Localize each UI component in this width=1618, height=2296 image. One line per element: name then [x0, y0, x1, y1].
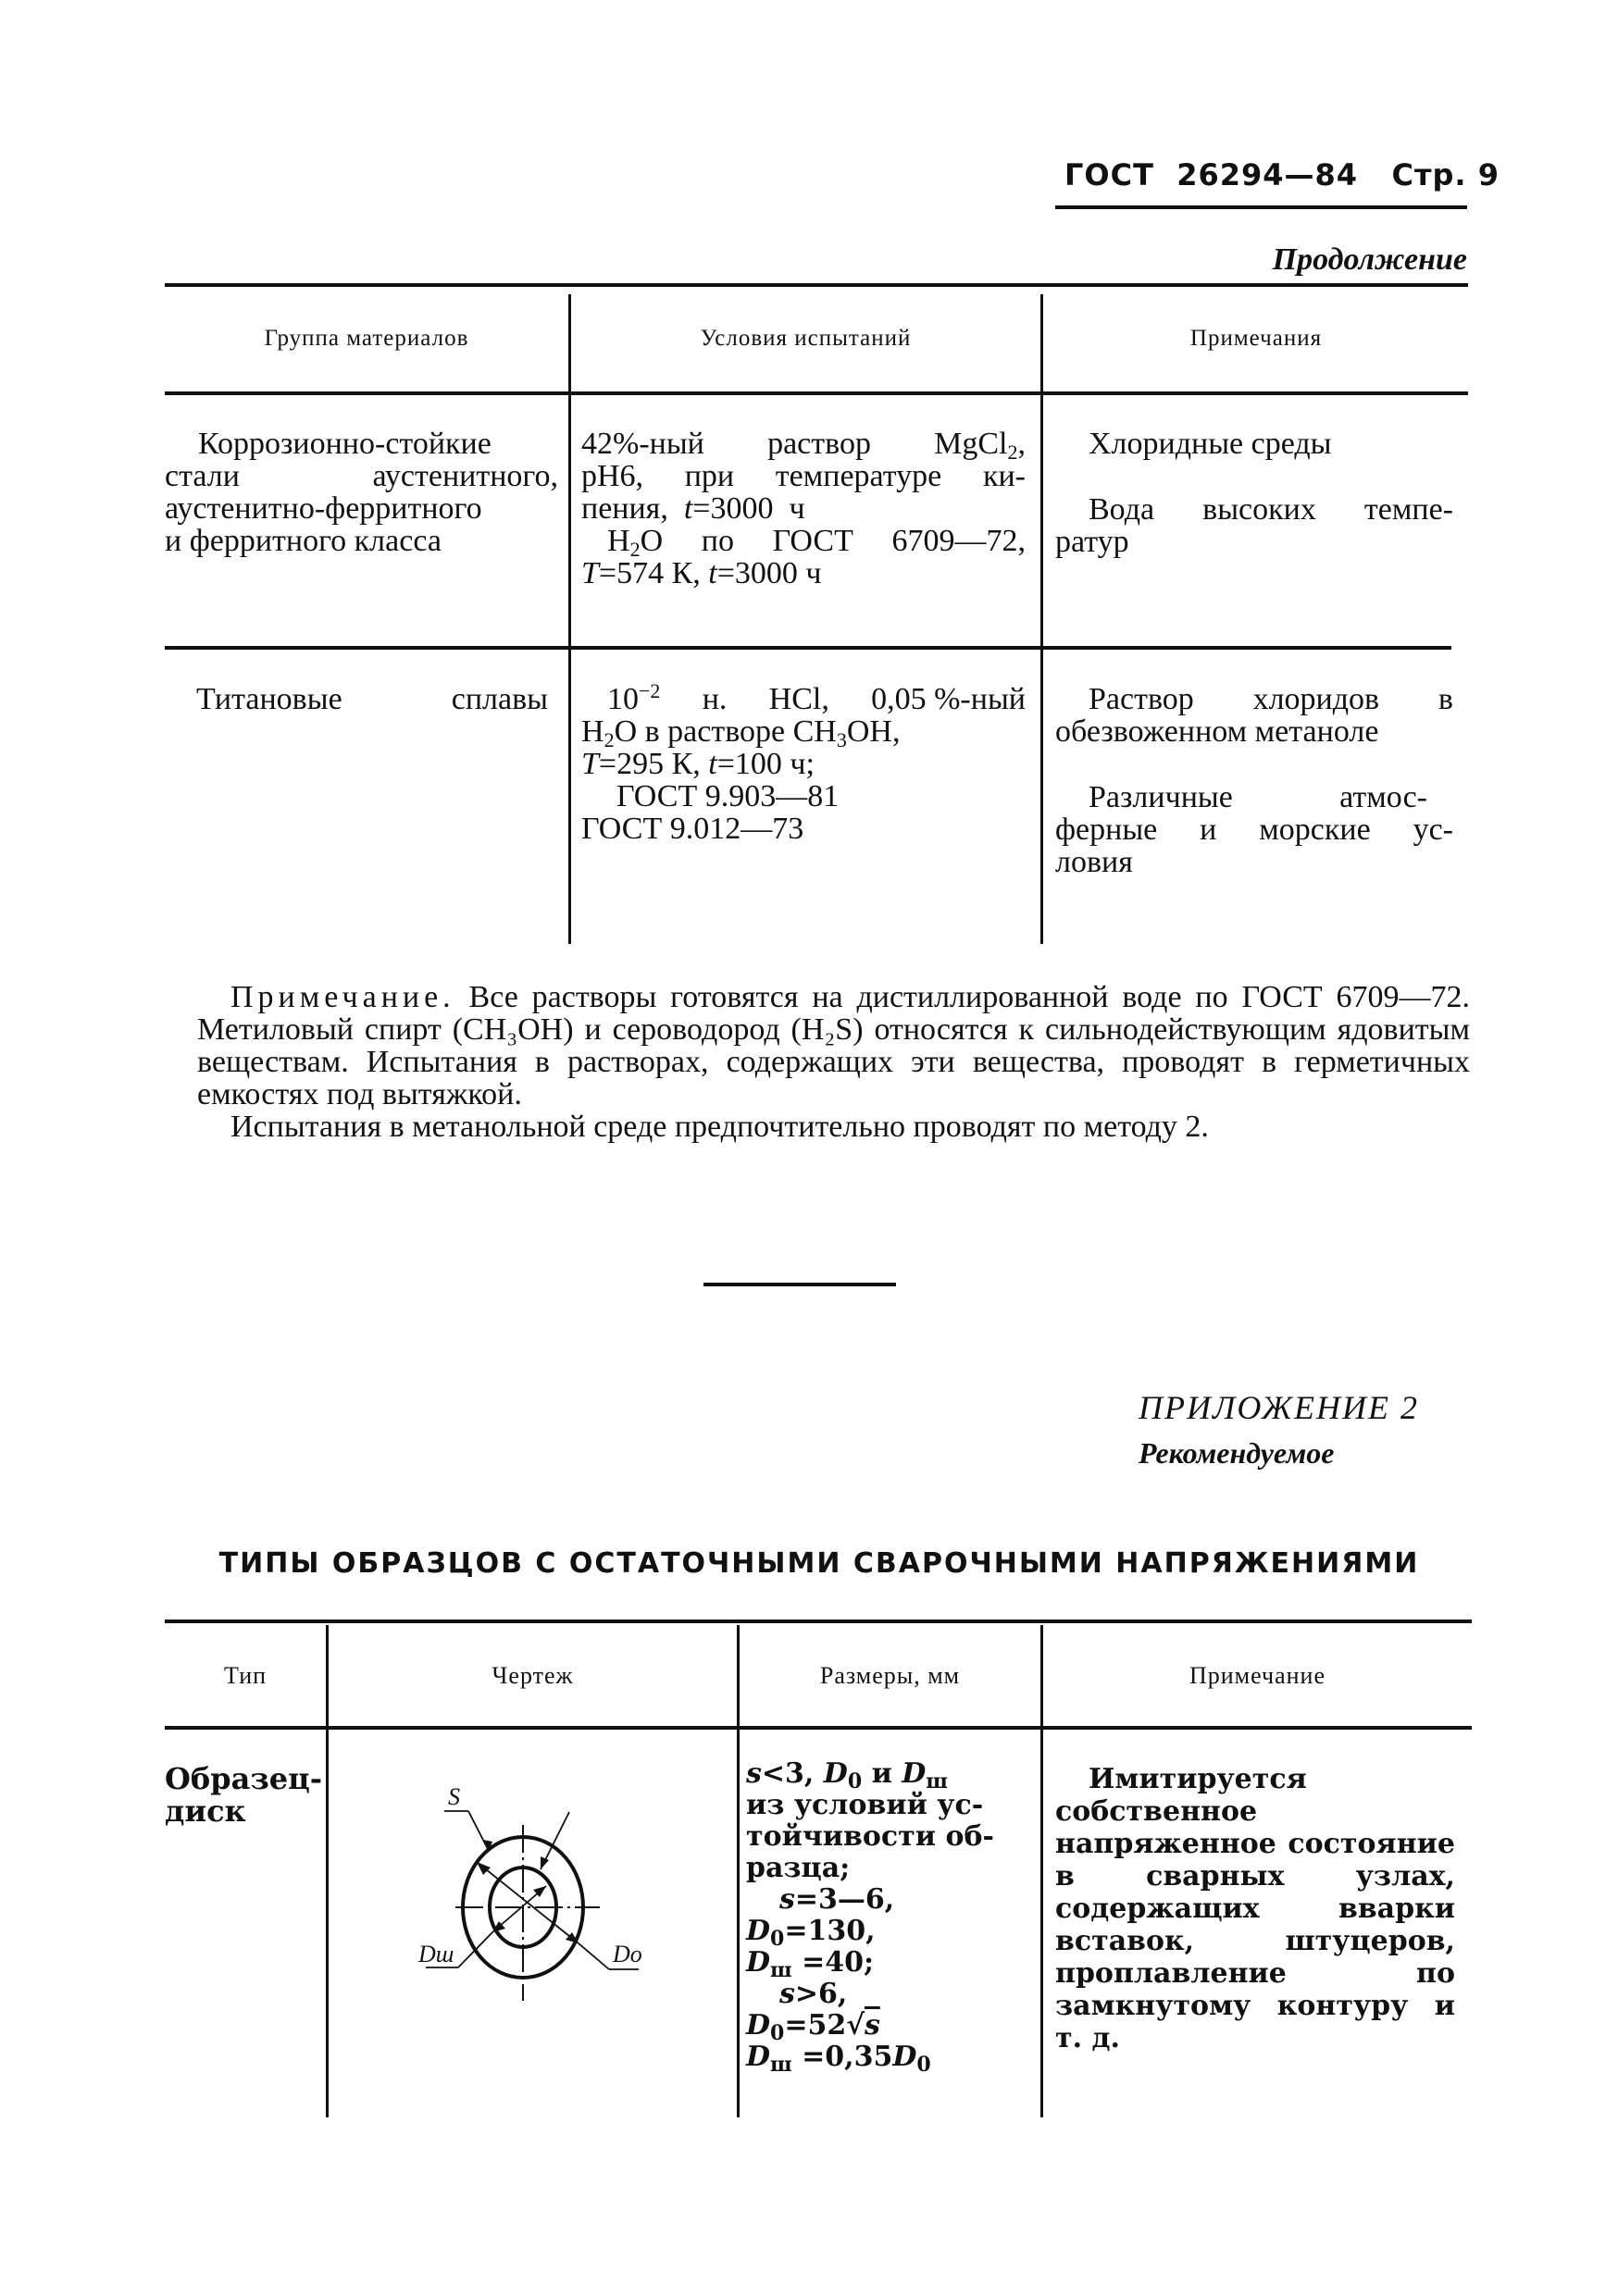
footnote-paragraph-1: Примечание. Все растворы готовятся на ди…	[197, 981, 1470, 1111]
standard-number: ГОСТ 26294—84	[1064, 157, 1358, 192]
table1-row1-notes: Хлоридные среды Водавысокихтемпе- ратур	[1055, 428, 1453, 558]
table1-footnote: Примечание. Все растворы готовятся на ди…	[197, 981, 1470, 1143]
note-chloride-solution-cont: обезвоженном метаноле	[1055, 715, 1453, 748]
table2-top-rule	[165, 1620, 1472, 1623]
table1-row2-conditions: 10−2н.HCl,0,05 %-ный H2O в растворе CH3O…	[581, 683, 1026, 845]
condition-line: ГОСТ 9.012—73	[581, 813, 1026, 845]
dim-line: из условий ус-	[746, 1790, 1033, 1821]
table2-header-type: Тип	[165, 1662, 326, 1690]
label-s: S	[448, 1783, 460, 1810]
section-separator	[703, 1283, 896, 1286]
table1-row1-conditions: 42%-ныйрастворMgCl2, pH6,притемпературек…	[581, 428, 1026, 590]
table2-col-divider-1	[326, 1625, 329, 2117]
disk-specimen-drawing: S Dш Do	[370, 1777, 713, 2082]
dim-line: Dш =40;	[746, 1947, 1033, 1979]
dim-line: D0=130,	[746, 1916, 1033, 1947]
page-number: Стр. 9	[1391, 157, 1500, 192]
table1-header-group: Группа материалов	[165, 326, 568, 352]
condition-line: pH6,притемпературеки-	[581, 460, 1026, 492]
condition-line: 10−2н.HCl,0,05 %-ный	[581, 683, 1026, 715]
condition-line: 42%-ныйрастворMgCl2,	[581, 428, 1026, 460]
condition-line: H2OпоГОСТ6709—72,	[581, 525, 1026, 557]
table1-row-rule	[165, 646, 1451, 650]
condition-line: H2O в растворе CH3OH,	[581, 715, 1026, 748]
table1-header-conditions: Условия испытаний	[571, 326, 1040, 352]
table1-top-rule	[165, 283, 1468, 287]
table2-header-dimensions: Размеры, мм	[740, 1662, 1040, 1690]
table1-row2-notes: Растворхлоридовв обезвоженном метаноле Р…	[1055, 683, 1453, 878]
table1-col-divider-1	[568, 294, 571, 944]
running-header: ГОСТ 26294—84 Стр. 9	[1064, 157, 1462, 192]
note-atmospheric-end: ловия	[1055, 846, 1453, 878]
note-high-temp-water: Водавысокихтемпе-	[1055, 493, 1453, 526]
group-line: сталиаустенитного,	[165, 460, 558, 492]
table1-row2-group: Титановыесплавы	[196, 683, 548, 715]
dim-line: D0=52√s	[746, 2010, 1033, 2042]
table2-note-cell: Имитируется собственное напряженное сост…	[1055, 1763, 1455, 2054]
group-line: и ферритного класса	[165, 525, 558, 557]
table2-type-cell: Образец-диск	[165, 1763, 322, 1828]
header-rule	[1055, 205, 1467, 209]
label-d-o: Do	[612, 1941, 642, 1967]
dim-line: тойчивости об-	[746, 1821, 1033, 1853]
label-d-sh: Dш	[417, 1941, 454, 1967]
table2-col-divider-2	[737, 1625, 740, 2117]
table2-header-note: Примечание	[1043, 1662, 1472, 1690]
condition-line: ГОСТ 9.903—81	[581, 780, 1026, 813]
table1-col-divider-2	[1040, 294, 1043, 944]
dim-line: s<3, D0 и Dш	[746, 1758, 1033, 1790]
condition-line: пения, t=3000 ч	[581, 492, 1026, 525]
dim-line: s=3—6,	[746, 1884, 1033, 1916]
group-line: аустенитно-ферритного	[165, 492, 558, 525]
note-atmospheric: Различныеатмос-	[1055, 781, 1453, 813]
appendix-heading: ТИПЫ ОБРАЗЦОВ С ОСТАТОЧНЫМИ СВАРОЧНЫМИ Н…	[167, 1547, 1472, 1580]
note-chloride-media: Хлоридные среды	[1055, 428, 1453, 460]
footnote-label: Примечание.	[230, 980, 455, 1014]
appendix-status: Рекомендуемое	[1139, 1436, 1472, 1471]
group-line: Коррозионно-стойкие	[165, 428, 558, 460]
table2-header-rule	[165, 1726, 1472, 1730]
condition-line: T=574 К, t=3000 ч	[581, 557, 1026, 590]
appendix-title: ПРИЛОЖЕНИЕ 2	[1139, 1388, 1472, 1427]
footnote-paragraph-2: Испытания в метанольной среде предпочтит…	[197, 1111, 1470, 1143]
dim-line: разца;	[746, 1853, 1033, 1884]
dim-line: s>6,	[746, 1979, 1033, 2010]
note-high-temp-water-cont: ратур	[1055, 526, 1453, 558]
dim-line: Dш =0,35D0	[746, 2042, 1033, 2073]
table2-col-divider-3	[1040, 1625, 1043, 2117]
note-atmospheric-cont: ферныеиморскиеус-	[1055, 813, 1453, 846]
table1-header-notes: Примечания	[1043, 326, 1469, 352]
condition-line: T=295 К, t=100 ч;	[581, 748, 1026, 780]
continuation-label: Продолжение	[1111, 242, 1467, 278]
table2-dimensions-cell: s<3, D0 и Dш из условий ус- тойчивости о…	[746, 1758, 1033, 2073]
table2-header-drawing: Чертеж	[329, 1662, 737, 1690]
table1-header-rule	[165, 391, 1468, 395]
note-chloride-solution: Растворхлоридовв	[1055, 683, 1453, 715]
table1-row1-group: Коррозионно-стойкие сталиаустенитного, а…	[165, 428, 558, 557]
